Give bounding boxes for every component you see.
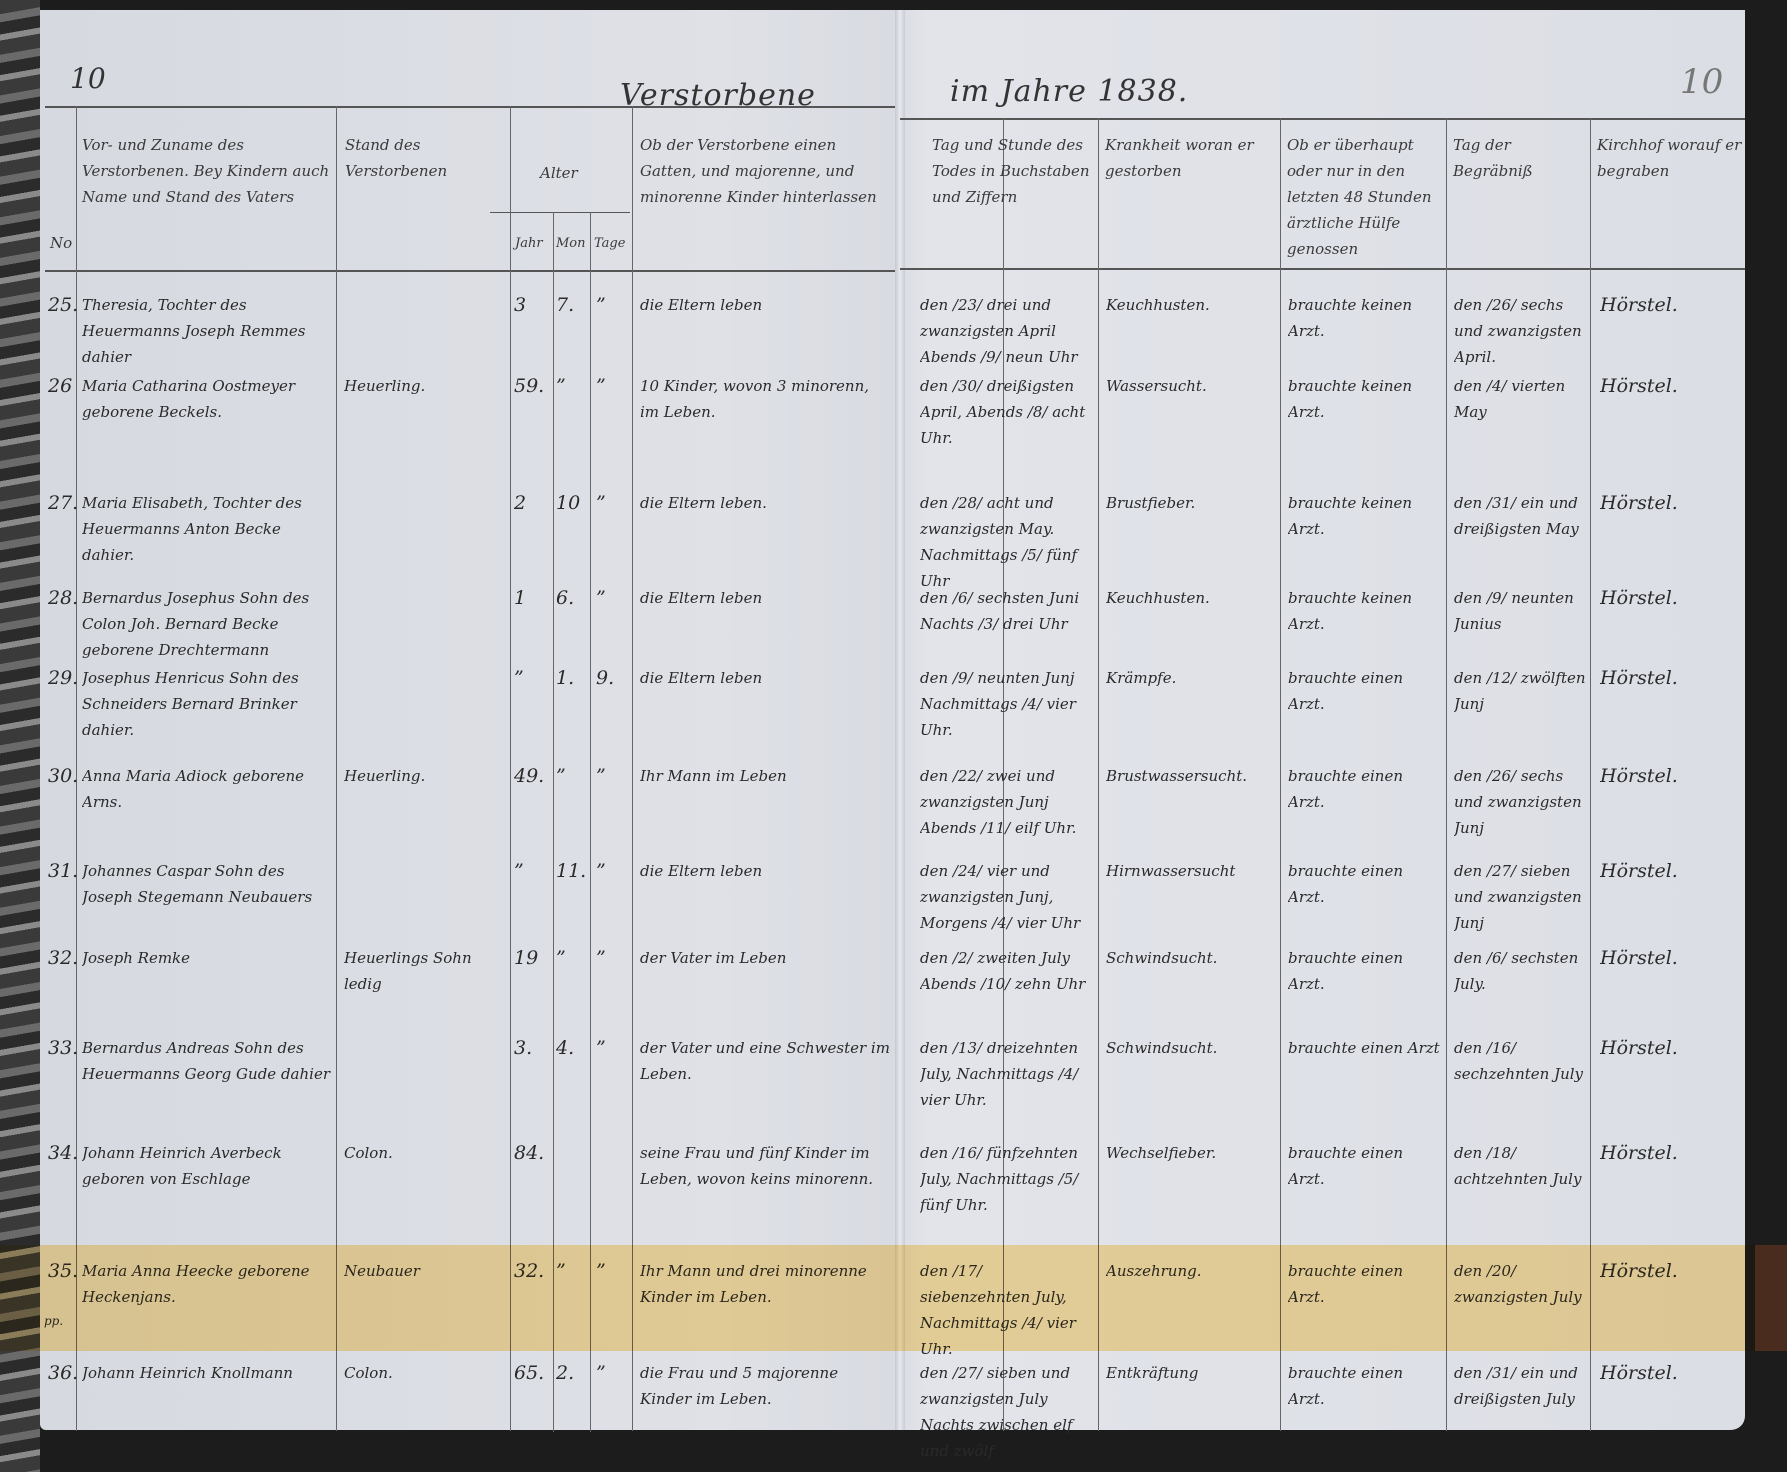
cell-tage: 9. [596,665,630,765]
cell-tage: ” [596,945,630,1045]
cell-krankheit: Wassersucht. [1106,373,1276,473]
cell-hinterlassen: 10 Kinder, wovon 3 minorenn, im Leben. [640,373,890,473]
header-krankheit: Krankheit woran er gestorben [1105,132,1275,184]
cell-todestag: den /22/ zwei und zwanzigsten Junj Abend… [920,763,1095,863]
row-35-highlight [0,1245,1787,1351]
cell-jahr: 49. [514,763,552,863]
cell-mon: 11. [556,858,590,958]
cell-todestag: den /30/ dreißigsten April, Abends /8/ a… [920,373,1095,473]
cell-name: Johann Heinrich Knollmann [82,1360,332,1460]
cell-krankheit: Schwindsucht. [1106,1035,1276,1135]
cell-krankheit: Entkräftung [1106,1360,1276,1460]
cell-tage: ” [596,490,630,590]
col-rule-alter [632,106,633,1431]
cell-kirchhof: Hörstel. [1600,858,1740,958]
cell-kirchhof: Hörstel. [1600,763,1740,863]
cell-stand [344,858,506,958]
cell-krankheit: Brustwassersucht. [1106,763,1276,863]
col-rule-begraebnis [1590,118,1591,1431]
cell-name: Johann Heinrich Averbeck geboren von Esc… [82,1140,332,1240]
cell-hulfe: brauchte einen Arzt. [1288,1140,1443,1240]
cell-kirchhof: Hörstel. [1600,1360,1740,1460]
cell-mon: ” [556,373,590,473]
cell-jahr: 2 [514,490,552,590]
header-stand: Stand des Verstorbenen [345,132,505,184]
cell-jahr: 19 [514,945,552,1045]
cell-begraebnis: den /12/ zwölften Junj [1454,665,1588,765]
cell-stand: Heuerling. [344,373,506,473]
cell-hulfe: brauchte einen Arzt. [1288,945,1443,1045]
cell-kirchhof: Hörstel. [1600,1035,1740,1135]
header-hinterlassen: Ob der Verstorbene einen Gatten, und maj… [640,132,890,210]
header-bottom-rule-right [900,268,1745,270]
alter-subheader-rule [490,212,630,213]
cell-mon: ” [556,763,590,863]
cell-begraebnis: den /18/ achtzehnten July [1454,1140,1588,1240]
cell-tage: ” [596,858,630,958]
col-rule-hulfe [1446,118,1447,1431]
cell-nr: 30. [48,763,78,863]
col-rule-name [336,106,337,1431]
cell-hulfe: brauchte keinen Arzt. [1288,490,1443,590]
cell-krankheit: Wechselfieber. [1106,1140,1276,1240]
cell-name: Josephus Henricus Sohn des Schneiders Be… [82,665,332,765]
cell-tage: ” [596,373,630,473]
col-rule-krankheit [1280,118,1281,1431]
header-alter: Alter [540,160,620,186]
cell-nr: 34. [48,1140,78,1240]
cell-kirchhof: Hörstel. [1600,373,1740,473]
cell-name: Anna Maria Adiock geborene Arns. [82,763,332,863]
cell-krankheit: Hirnwassersucht [1106,858,1276,958]
cell-tage [596,1140,630,1240]
cell-krankheit: Schwindsucht. [1106,945,1276,1045]
cell-stand: Heuerling. [344,763,506,863]
cell-mon: ” [556,945,590,1045]
cell-begraebnis: den /4/ vierten May [1454,373,1588,473]
cell-nr: 36. [48,1360,78,1460]
cell-name: Maria Catharina Oostmeyer geborene Becke… [82,373,332,473]
cell-kirchhof: Hörstel. [1600,665,1740,765]
cell-hulfe: brauchte einen Arzt. [1288,1360,1443,1460]
cell-hulfe: brauchte einen Arzt [1288,1035,1443,1135]
header-todestag: Tag und Stunde des Todes in Buchstaben u… [932,132,1097,210]
cell-todestag: den /28/ acht und zwanzigsten May. Nachm… [920,490,1095,590]
cell-krankheit: Brustfieber. [1106,490,1276,590]
cell-mon: 2. [556,1360,590,1460]
cell-begraebnis: den /6/ sechsten July. [1454,945,1588,1045]
cell-stand [344,665,506,765]
header-jahr: Jahr [515,236,543,251]
cell-tage: ” [596,1360,630,1460]
cell-todestag: den /2/ zweiten July Abends /10/ zehn Uh… [920,945,1095,1045]
cell-name: Joseph Remke [82,945,332,1045]
header-nr: No [50,230,76,256]
cell-hinterlassen: seine Frau und fünf Kinder im Leben, wov… [640,1140,890,1240]
row-35-highlight-edge [1755,1245,1787,1351]
cell-begraebnis: den /31/ ein und dreißigsten May [1454,490,1588,590]
cell-todestag: den /9/ neunten Junj Nachmittags /4/ vie… [920,665,1095,765]
header-top-rule-right [900,118,1745,120]
cell-nr: 33. [48,1035,78,1135]
cell-mon [556,1140,590,1240]
header-hulfe: Ob er überhaupt oder nur in den letzten … [1287,132,1442,262]
header-bottom-rule-left [45,270,895,272]
cell-begraebnis: den /31/ ein und dreißigsten July [1454,1360,1588,1460]
cell-begraebnis: den /26/ sechs und zwanzigsten Junj [1454,763,1588,863]
cell-hinterlassen: die Eltern leben [640,858,890,958]
cell-hinterlassen: die Frau und 5 majorenne Kinder im Leben… [640,1360,890,1460]
cell-hulfe: brauchte einen Arzt. [1288,665,1443,765]
cell-kirchhof: Hörstel. [1600,1140,1740,1240]
cell-hulfe: brauchte keinen Arzt. [1288,373,1443,473]
cell-stand [344,1035,506,1135]
cell-mon: 1. [556,665,590,765]
cell-jahr: 59. [514,373,552,473]
cell-name: Johannes Caspar Sohn des Joseph Stegeman… [82,858,332,958]
header-tage: Tage [594,236,625,251]
cell-tage: ” [596,1035,630,1135]
header-kirchhof: Kirchhof worauf er begraben [1597,132,1742,184]
cell-stand: Heuerlings Sohn ledig [344,945,506,1045]
col-rule-todestag [1098,118,1099,1431]
cell-stand: Colon. [344,1360,506,1460]
cell-name: Maria Elisabeth, Tochter des Heuermanns … [82,490,332,590]
cell-jahr: 84. [514,1140,552,1240]
cell-hinterlassen: Ihr Mann im Leben [640,763,890,863]
cell-kirchhof: Hörstel. [1600,490,1740,590]
col-rule-stand [510,106,511,1431]
cell-hinterlassen: der Vater und eine Schwester im Leben. [640,1035,890,1135]
header-name: Vor- und Zuname des Verstorbenen. Bey Ki… [82,132,332,210]
cell-nr: 31. [48,858,78,958]
cell-nr: 32. [48,945,78,1045]
cell-hinterlassen: die Eltern leben [640,665,890,765]
cell-krankheit: Krämpfe. [1106,665,1276,765]
cell-stand [344,490,506,590]
cell-tage: ” [596,763,630,863]
cell-nr: 26 [48,373,78,473]
cell-hinterlassen: der Vater im Leben [640,945,890,1045]
header-mon: Mon [556,236,586,251]
register-title-right: im Jahre 1838. [950,74,1188,109]
cell-mon: 4. [556,1035,590,1135]
cell-hinterlassen: die Eltern leben. [640,490,890,590]
cell-mon: 10 [556,490,590,590]
book-gutter [895,10,905,1430]
page-number-left: 10 [70,62,106,95]
header-begraebnis: Tag der Begräbniß [1453,132,1588,184]
cell-nr: 27. [48,490,78,590]
cell-hulfe: brauchte einen Arzt. [1288,858,1443,958]
cell-hulfe: brauchte einen Arzt. [1288,763,1443,863]
cell-nr: 29. [48,665,78,765]
cell-jahr: ” [514,665,552,765]
cell-stand: Colon. [344,1140,506,1240]
cell-begraebnis: den /16/ sechzehnten July [1454,1035,1588,1135]
cell-begraebnis: den /27/ sieben und zwanzigsten Junj [1454,858,1588,958]
cell-jahr: 65. [514,1360,552,1460]
header-top-rule-left [45,106,895,108]
cell-jahr: ” [514,858,552,958]
cell-todestag: den /27/ sieben und zwanzigsten July Nac… [920,1360,1095,1460]
cell-todestag: den /16/ fünfzehnten July, Nachmittags /… [920,1140,1095,1240]
page-number-right: 10 [1680,62,1723,102]
cell-jahr: 3. [514,1035,552,1135]
cell-todestag: den /13/ dreizehnten July, Nachmittags /… [920,1035,1095,1135]
cell-name: Bernardus Andreas Sohn des Heuermanns Ge… [82,1035,332,1135]
cell-kirchhof: Hörstel. [1600,945,1740,1045]
cell-todestag: den /24/ vier und zwanzigsten Junj, Morg… [920,858,1095,958]
